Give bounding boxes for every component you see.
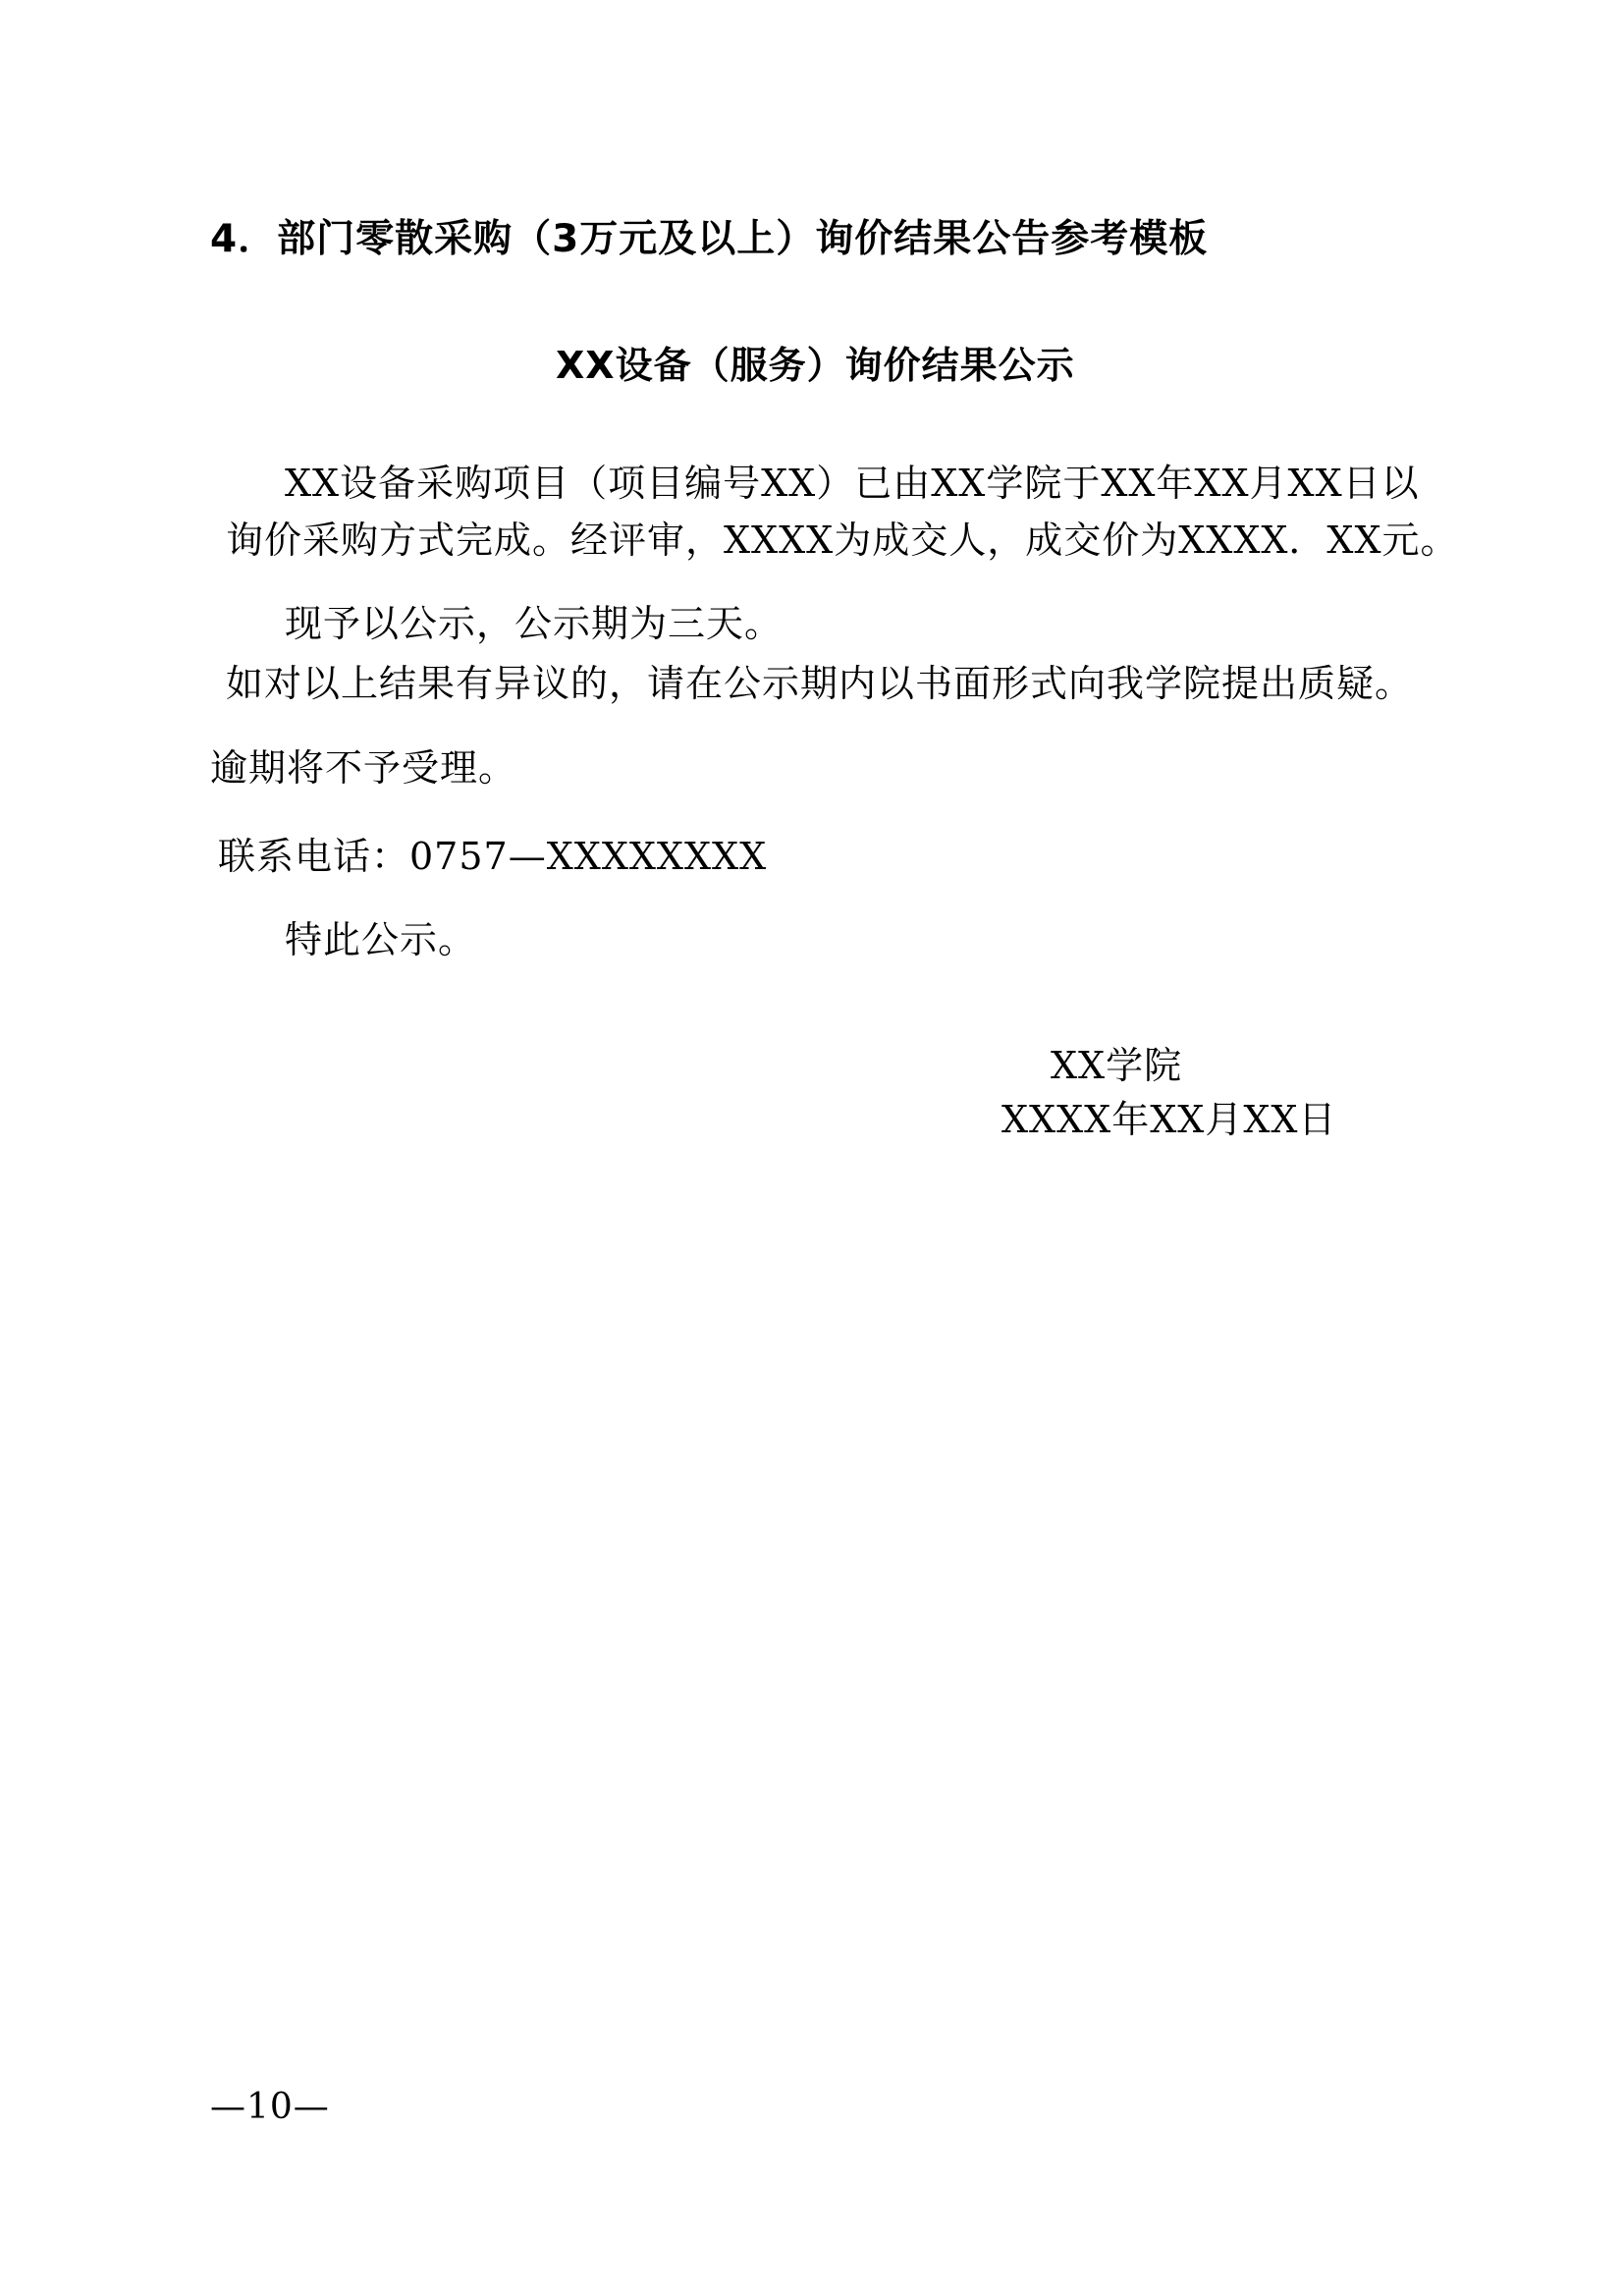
paragraph-2: 现予以公示，公示期为三天。: [285, 602, 783, 645]
notice-title: XX设备（服务）询价结果公示: [556, 344, 1075, 387]
contact-phone: 联系电话：0757—XXXXXXXX: [218, 835, 767, 878]
paragraph-1-line-2: 询价采购方式完成。经评审，XXXX为成交人，成交价为XXXX．XX元。: [226, 519, 1459, 562]
paragraph-1-line-1: XX设备采购项目（项目编号XX）已由XX学院于XX年XX月XX日以: [285, 462, 1420, 505]
section-heading: 4．部门零散采购（3万元及以上）询价结果公告参考模板: [210, 218, 1208, 261]
paragraph-3-line-1: 如对以上结果有异议的，请在公示期内以书面形式向我学院提出质疑。: [226, 662, 1413, 705]
closing-statement: 特此公示。: [285, 918, 476, 961]
signature-organization: XX学院: [1051, 1044, 1182, 1087]
paragraph-3-line-2: 逾期将不予受理。: [210, 746, 516, 790]
page-number: —10—: [210, 2086, 330, 2129]
signature-date: XXXX年XX月XX日: [1001, 1098, 1336, 1141]
